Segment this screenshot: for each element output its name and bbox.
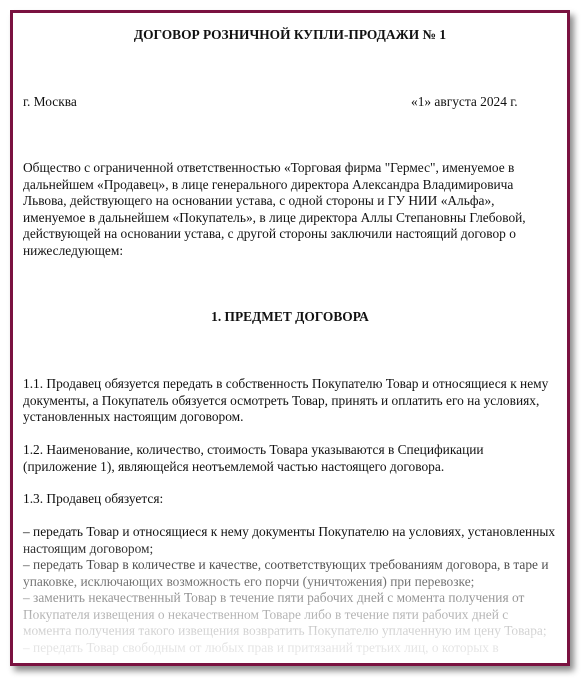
- clause-1-2: 1.2. Наименование, количество, стоимость…: [23, 442, 557, 475]
- contract-date: «1» августа 2024 г.: [411, 94, 518, 111]
- preamble-paragraph: Общество с ограниченной ответственностью…: [23, 160, 557, 259]
- clause-1-3: 1.3. Продавец обязуется:: [23, 491, 557, 508]
- list-item: – передать Товар свободным от любых прав…: [23, 640, 557, 657]
- document-title: ДОГОВОР РОЗНИЧНОЙ КУПЛИ-ПРОДАЖИ № 1: [23, 27, 557, 44]
- list-item: – передать Товар и относящиеся к нему до…: [23, 524, 557, 557]
- seller-obligations-list: – передать Товар и относящиеся к нему до…: [23, 524, 557, 656]
- place-date-row: г. Москва «1» августа 2024 г.: [23, 94, 557, 111]
- document-page: ДОГОВОР РОЗНИЧНОЙ КУПЛИ-ПРОДАЖИ № 1 г. М…: [10, 10, 570, 666]
- clause-1-1: 1.1. Продавец обязуется передать в собст…: [23, 376, 557, 426]
- list-item: – передать Товар в количестве и качестве…: [23, 557, 557, 590]
- list-item: – заменить некачественный Товар в течени…: [23, 590, 557, 640]
- contract-city: г. Москва: [23, 94, 77, 111]
- section-heading-subject: 1. ПРЕДМЕТ ДОГОВОРА: [23, 309, 557, 326]
